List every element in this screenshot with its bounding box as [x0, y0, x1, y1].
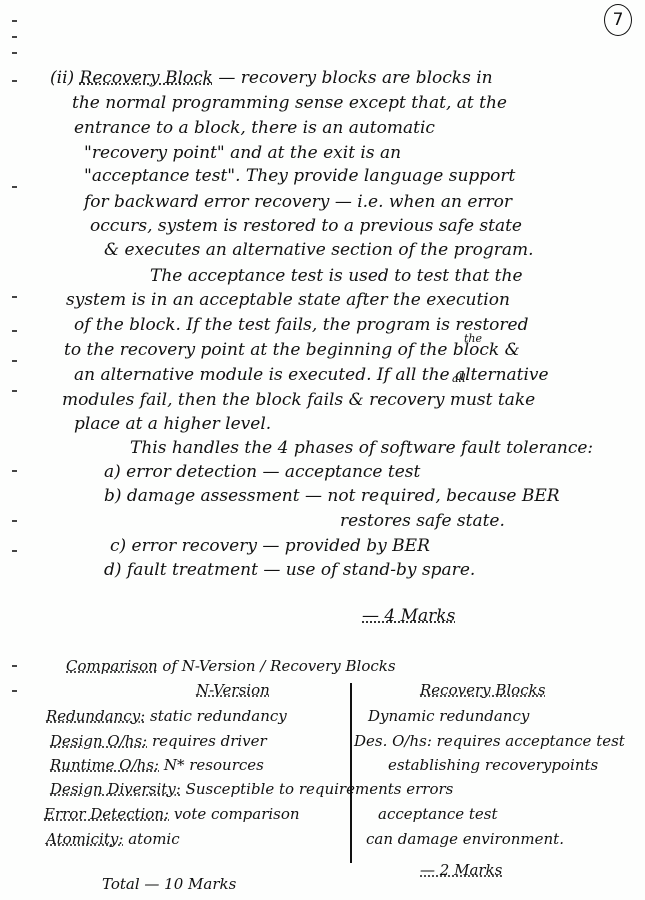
text-line: system is in an acceptable state after t… — [66, 290, 510, 310]
text-line: This handles the 4 phases of software fa… — [130, 438, 593, 458]
phase-item: d) fault treatment — use of stand-by spa… — [104, 560, 475, 580]
text-line: & executes an alternative section of the… — [104, 240, 533, 260]
text-line: "acceptance test". They provide language… — [84, 166, 515, 186]
insertion-the: the — [464, 332, 482, 345]
text-line: to the recovery point at the beginning o… — [64, 340, 520, 360]
text-line: modules fail, then the block fails & rec… — [62, 390, 535, 410]
phase-item: restores safe state. — [340, 511, 505, 531]
row-left: N* resources — [164, 756, 264, 774]
row-left: vote comparison — [174, 805, 300, 823]
row-left: static redundancy — [150, 707, 287, 725]
text-line: — recovery blocks are blocks in — [218, 68, 492, 88]
row-right: acceptance test — [378, 804, 498, 824]
total-marks: Total — 10 Marks — [102, 874, 236, 894]
comparison-title: Comparison of N-Version / Recovery Block… — [66, 656, 396, 676]
phase-item: c) error recovery — provided by BER — [110, 536, 430, 556]
section-heading: (ii) Recovery Block — recovery blocks ar… — [50, 68, 493, 88]
insertion-all: all — [452, 372, 466, 385]
row-label: Runtime O/hs: — [50, 756, 159, 774]
col-header-n-version: N-Version — [196, 680, 270, 700]
text-line: "recovery point" and at the exit is an — [84, 143, 401, 163]
heading-text: Recovery Block — [80, 68, 213, 88]
row-label: Error Detection: — [44, 805, 169, 823]
text-line: the normal programming sense except that… — [72, 93, 507, 113]
row-right: establishing recoverypoints — [388, 755, 598, 775]
section-label: (ii) — [50, 68, 74, 88]
row-right: Dynamic redundancy — [368, 706, 529, 726]
row-label: Redundancy: — [46, 707, 145, 725]
text-line: of the block. If the test fails, the pro… — [74, 315, 528, 335]
phase-item: b) damage assessment — not required, bec… — [104, 486, 560, 506]
text-line: place at a higher level. — [74, 414, 271, 434]
text-line: The acceptance test is used to test that… — [150, 266, 523, 286]
page-number: 7 — [604, 4, 632, 36]
text-line: an alternative module is executed. If al… — [74, 365, 549, 385]
row-label: Design Diversity: — [50, 780, 181, 798]
text-line: occurs, system is restored to a previous… — [90, 216, 522, 236]
row-left: Susceptible to requirements errors — [186, 780, 454, 798]
comparison-marks: — 2 Marks — [420, 860, 502, 880]
comparison-title-rest: of N-Version / Recovery Blocks — [162, 657, 395, 675]
comparison-title-main: Comparison — [66, 657, 158, 675]
col-header-recovery-blocks: Recovery Blocks — [420, 680, 545, 700]
phase-item: a) error detection — acceptance test — [104, 462, 420, 482]
row-right: can damage environment. — [366, 829, 564, 849]
row-right: Des. O/hs: requires acceptance test — [354, 731, 625, 751]
section-marks: — 4 Marks — [362, 606, 455, 626]
row-left: atomic — [128, 830, 179, 848]
column-divider — [350, 683, 352, 863]
text-line: for backward error recovery — i.e. when … — [84, 192, 512, 212]
text-line: entrance to a block, there is an automat… — [74, 118, 435, 138]
row-label: Design O/hs: — [50, 732, 147, 750]
row-left: requires driver — [152, 732, 267, 750]
row-label: Atomicity: — [46, 830, 123, 848]
